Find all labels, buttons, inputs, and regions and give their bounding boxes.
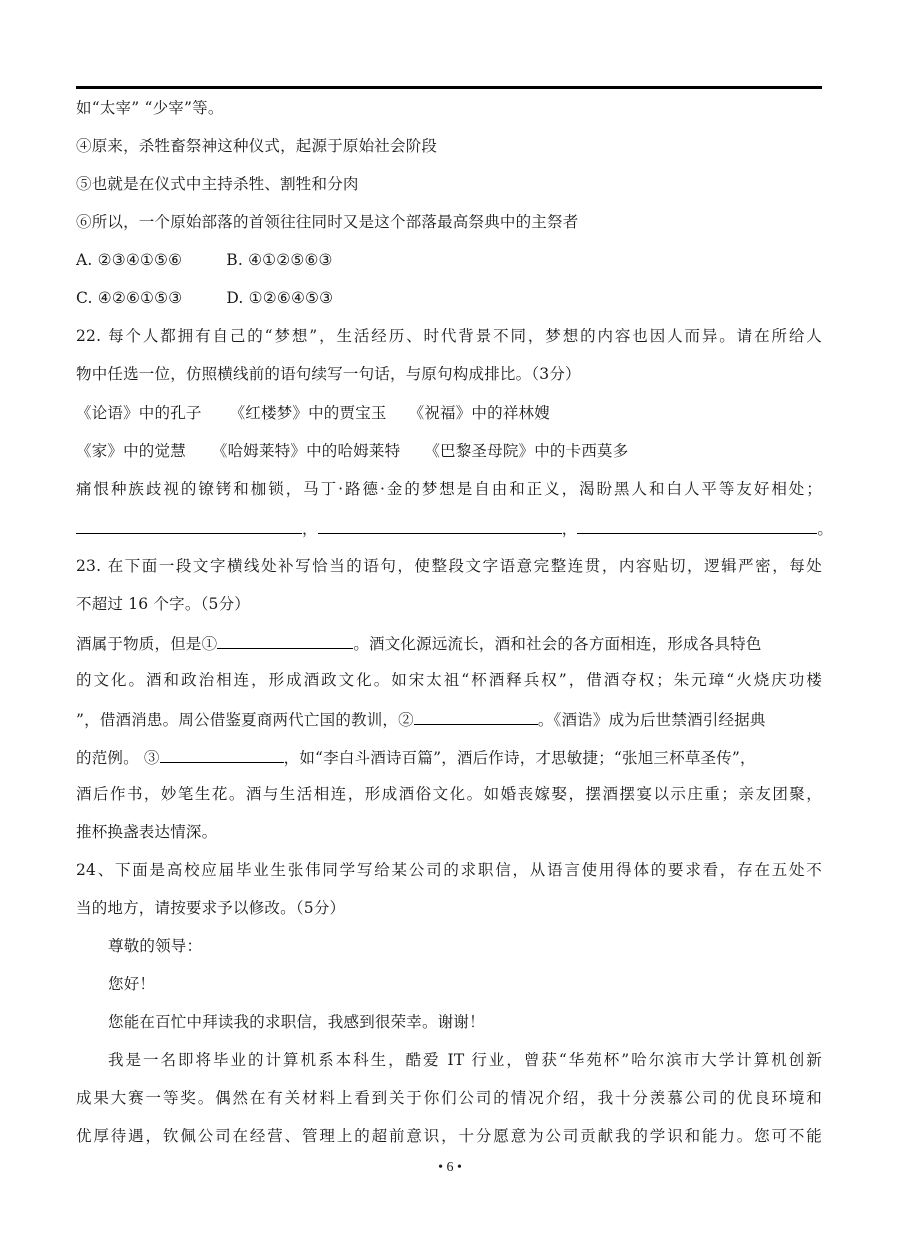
character-confucius: 《论语》中的孔子 (76, 404, 202, 422)
q23-text: 酒属于物质，但是① (76, 635, 217, 653)
letter-salutation: 尊敬的领导： (108, 936, 202, 956)
q22-answer-line: ，，。 (76, 519, 822, 539)
q23-blank-3[interactable] (160, 746, 284, 763)
q23-blank-2[interactable] (414, 708, 538, 725)
q21-item-4: ④原来，杀牲畜祭神这种仪式，起源于原始社会阶段 (76, 136, 437, 156)
q22-example-sentence: 痛恨种族歧视的镣铐和枷锁，马丁·路德·金的梦想是自由和正义，渴盼黑人和白人平等友… (76, 479, 822, 499)
q24-stem-line2: 当的地方，请按要求予以修改。（5分） (76, 898, 345, 918)
q23-para-line5: 酒后作书，妙笔生花。酒与生活相连，形成酒俗文化。如婚丧嫁娶，摆酒摆宴以示庄重；亲… (76, 784, 822, 804)
letter-para2-line3: 优厚待遇，钦佩公司在经营、管理上的超前意识，十分愿意为公司贡献我的学识和能力。您… (76, 1126, 822, 1146)
q21-options-row1: A. ②③④①⑤⑥B. ④①②⑤⑥③ (76, 250, 333, 270)
q23-para-line6: 推杯换盏表达情深。 (76, 822, 217, 842)
letter-para2-line2: 成果大赛一等奖。偶然在有关材料上看到关于你们公司的情况介绍，我十分羡慕公司的优良… (76, 1088, 822, 1108)
q22-stem-line2: 物中任选一位，仿照横线前的语句续写一句话，与原句构成排比。（3分） (76, 364, 581, 384)
q21-options-row2: C. ④②⑥①⑤③D. ①②⑥④⑤③ (76, 288, 333, 308)
q22-characters-row1: 《论语》中的孔子《红楼梦》中的贾宝玉《祝福》中的祥林嫂 (76, 403, 550, 423)
q22-stem-line1: 22. 每个人都拥有自己的“梦想”，生活经历、时代背景不同，梦想的内容也因人而异… (76, 326, 822, 346)
q22-answer-blank-1[interactable] (76, 521, 302, 534)
option-a[interactable]: A. ②③④①⑤⑥ (76, 251, 182, 269)
character-quasimodo: 《巴黎圣母院》中的卡西莫多 (424, 442, 628, 460)
exam-page: 如“太宰” “少宰”等。 ④原来，杀牲畜祭神这种仪式，起源于原始社会阶段 ⑤也就… (0, 0, 900, 1246)
option-d[interactable]: D. ①②⑥④⑤③ (226, 289, 333, 307)
q22-sep-1: ， (302, 520, 318, 538)
q23-text: 。酒文化源远流长，酒和社会的各方面相连，形成各具特色 (353, 635, 761, 653)
option-b[interactable]: B. ④①②⑤⑥③ (226, 251, 332, 269)
q21-item-6: ⑥所以，一个原始部落的首领往往同时又是这个部落最高祭典中的主祭者 (76, 212, 578, 232)
q23-blank-1[interactable] (217, 632, 353, 649)
letter-greeting: 您好！ (108, 974, 155, 994)
q23-para-line1: 酒属于物质，但是①。酒文化源远流长，酒和社会的各方面相连，形成各具特色 (76, 632, 822, 654)
continuation-line: 如“太宰” “少宰”等。 (76, 98, 224, 118)
q24-stem-line1: 24、下面是高校应届毕业生张伟同学写给某公司的求职信，从语言使用得体的要求看，存… (76, 860, 822, 880)
letter-para1: 您能在百忙中拜读我的求职信，我感到很荣幸。谢谢！ (108, 1012, 485, 1032)
q23-text: ，如“李白斗酒诗百篇”，酒后作诗，才思敏捷；“张旭三杯草圣传”， (284, 749, 756, 767)
character-jia-baoyu: 《红楼梦》中的贾宝玉 (230, 404, 387, 422)
page-number: • 6 • (0, 1160, 900, 1176)
q22-characters-row2: 《家》中的觉慧《哈姆莱特》中的哈姆莱特《巴黎圣母院》中的卡西莫多 (76, 441, 628, 461)
q22-end: 。 (817, 520, 833, 538)
q23-stem-line2: 不超过 16 个字。（5分） (76, 594, 250, 614)
q21-item-5: ⑤也就是在仪式中主持杀牲、割牲和分肉 (76, 174, 359, 194)
q22-sep-2: ， (562, 520, 578, 538)
q23-para-line3: ”，借酒消患。周公借鉴夏商两代亡国的教训，②。《酒诰》成为后世禁酒引经据典 (76, 708, 822, 730)
option-c[interactable]: C. ④②⑥①⑤③ (76, 289, 182, 307)
q23-para-line4: 的范例。 ③，如“李白斗酒诗百篇”，酒后作诗，才思敏捷；“张旭三杯草圣传”， (76, 746, 822, 768)
q23-text: 。《酒诰》成为后世禁酒引经据典 (538, 711, 766, 729)
header-rule (76, 86, 822, 89)
character-xianglin-sao: 《祝福》中的祥林嫂 (409, 404, 550, 422)
character-juehui: 《家》中的觉慧 (76, 442, 186, 460)
q22-answer-blank-2[interactable] (318, 521, 562, 534)
letter-para2-line1: 我是一名即将毕业的计算机系本科生，酷爱 IT 行业，曾获“华苑杯”哈尔滨市大学计… (108, 1050, 822, 1070)
q23-stem-line1: 23. 在下面一段文字横线处补写恰当的语句，使整段文字语意完整连贯，内容贴切，逻… (76, 556, 822, 576)
q23-para-line2: 的文化。酒和政治相连，形成酒政文化。如宋太祖“杯酒释兵权”，借酒夺权；朱元璋“火… (76, 670, 822, 690)
q23-text: 的范例。 ③ (76, 749, 160, 767)
character-hamlet: 《哈姆莱特》中的哈姆莱特 (212, 442, 400, 460)
q23-text: ”，借酒消患。周公借鉴夏商两代亡国的教训，② (76, 711, 414, 729)
q22-answer-blank-3[interactable] (577, 521, 817, 534)
